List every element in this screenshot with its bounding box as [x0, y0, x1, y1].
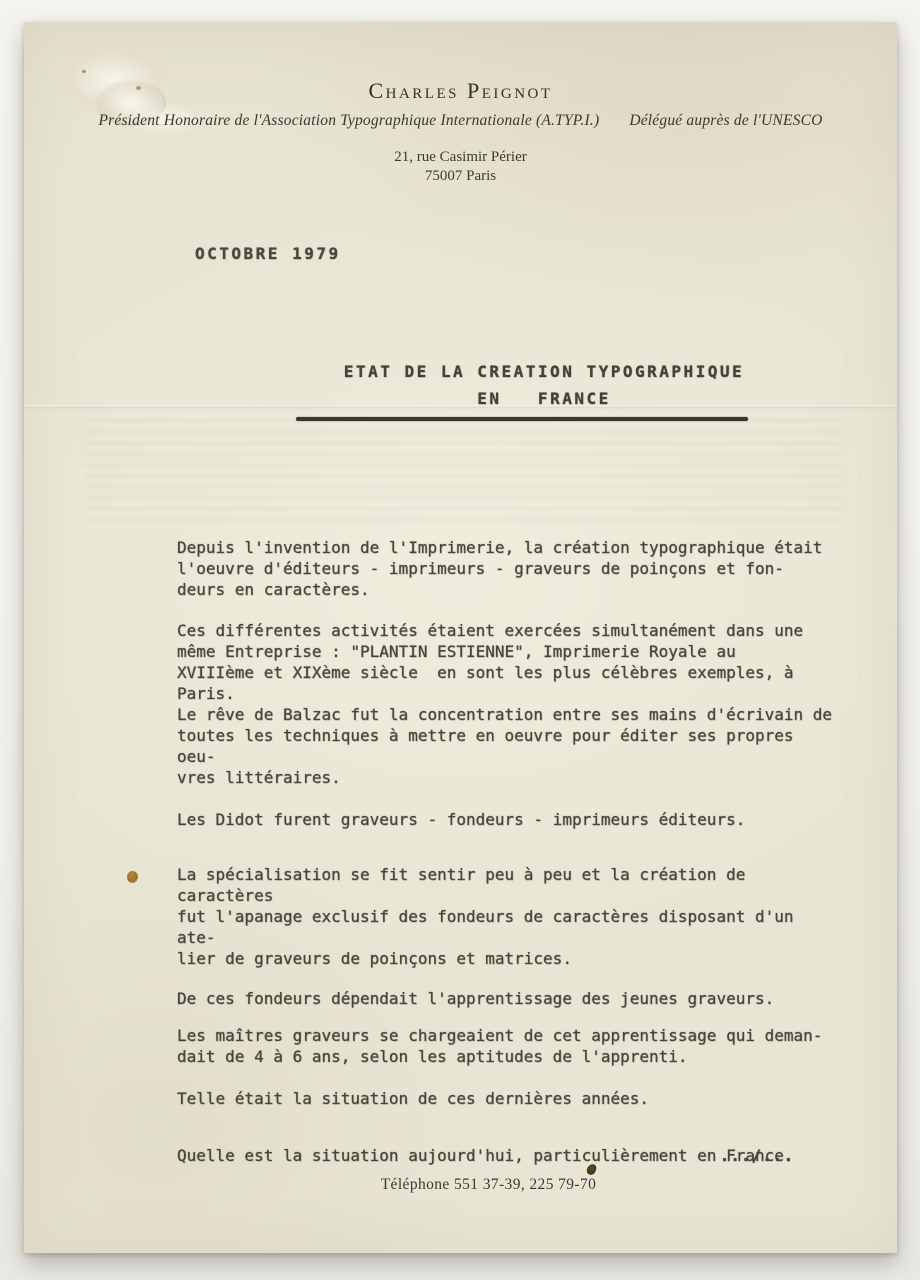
paragraph: Ces différentes activités étaient exercé…	[177, 620, 837, 704]
paragraph: Les Didot furent graveurs - fondeurs - i…	[177, 809, 837, 830]
paragraph: Telle était la situation de ces dernière…	[177, 1088, 837, 1109]
letter-title: ETAT DE LA CREATION TYPOGRAPHIQUE EN FRA…	[314, 358, 774, 412]
paragraph: Depuis l'invention de l'Imprimerie, la c…	[177, 537, 837, 600]
continuation-mark: .../...	[177, 1146, 794, 1165]
letterhead-subtitle: Président Honoraire de l'Association Typ…	[24, 112, 897, 130]
paragraph: La spécialisation se fit sentir peu à pe…	[177, 864, 837, 969]
letterhead-name: Charles Peignot	[24, 78, 897, 104]
letter-body: Depuis l'invention de l'Imprimerie, la c…	[177, 537, 837, 1166]
address-street: 21, rue Casimir Périer	[24, 148, 897, 167]
letterhead-role: Président Honoraire de l'Association Typ…	[98, 112, 599, 130]
letterhead-delegate: Délégué auprès de l'UNESCO	[629, 112, 822, 130]
paragraph: De ces fondeurs dépendait l'apprentissag…	[177, 988, 837, 1009]
title-underline	[296, 417, 748, 421]
letterhead-telephone: Téléphone 551 37-39, 225 79-70	[52, 1176, 920, 1194]
scan-background: { "letterhead": { "name": "Charles Peign…	[0, 0, 920, 1280]
ink-bleed-through	[84, 420, 844, 530]
paragraph: Le rêve de Balzac fut la concentration e…	[177, 704, 837, 788]
brown-spot	[127, 871, 138, 883]
paragraph: Les maîtres graveurs se chargeaient de c…	[177, 1025, 837, 1067]
letterhead-address: 21, rue Casimir Périer 75007 Paris	[24, 148, 897, 186]
letter-paper: Charles Peignot Président Honoraire de l…	[24, 22, 897, 1253]
paper-speck	[82, 70, 86, 73]
letter-date: OCTOBRE 1979	[195, 244, 341, 263]
address-city: 75007 Paris	[24, 167, 897, 186]
